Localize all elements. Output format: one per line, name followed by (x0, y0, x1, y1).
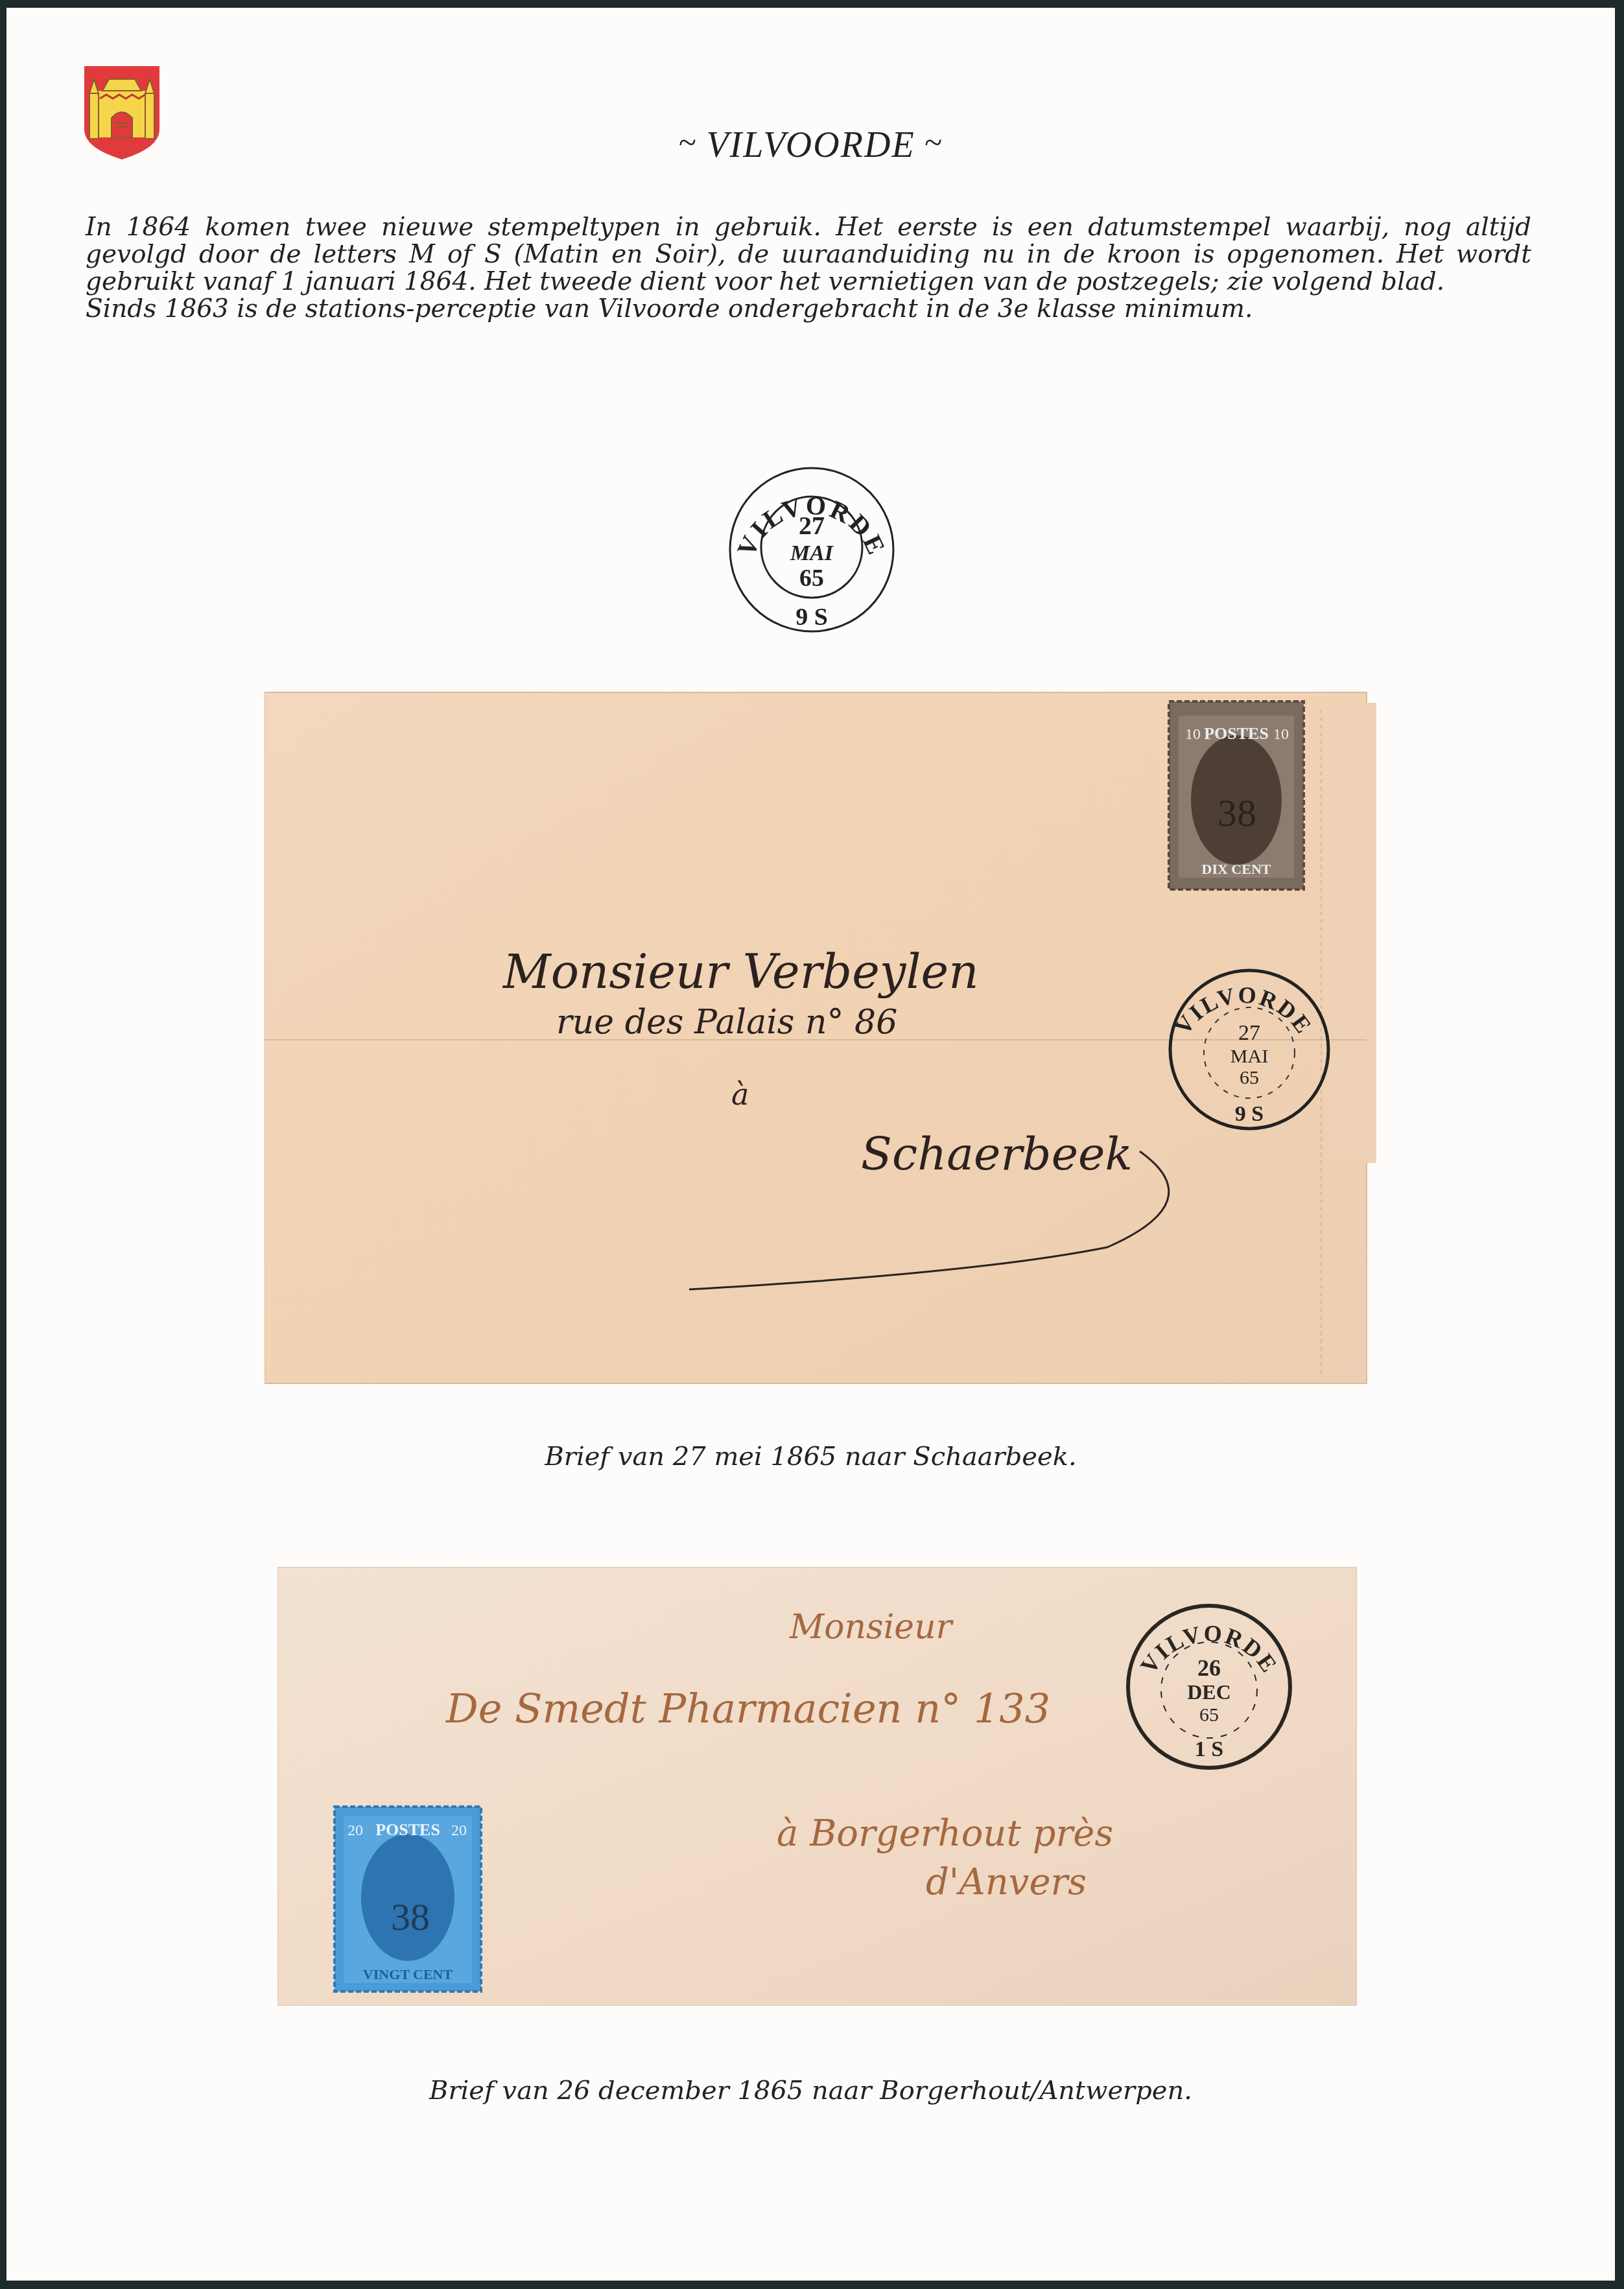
postmark-year: 65 (799, 565, 824, 592)
letter-schaerbeek: POSTES 10 10 DIX CENT 38 VILVORDE 27 MAI… (265, 690, 1376, 1385)
stamp-cancel: 38 (391, 1896, 430, 1938)
postmark-day: 27 (799, 511, 825, 540)
postmark-time: 9 S (795, 604, 828, 631)
album-page: ~VILVOORDE~ In 1864 komen twee nieuwe st… (6, 8, 1615, 2281)
stamp-top-text: POSTES (375, 1820, 440, 1839)
stamp-20-centimes: POSTES 20 20 VINGT CENT 38 (335, 1807, 481, 1991)
address-line: d'Anvers (926, 1861, 1087, 1903)
postmark-day: 27 (1238, 1021, 1260, 1045)
letter-caption: Brief van 26 december 1865 naar Borgerho… (6, 2076, 1615, 2106)
stamp-value: 10 (1273, 726, 1289, 743)
postmark-month: MAI (1230, 1046, 1268, 1067)
address-line: à Borgerhout près (777, 1813, 1113, 1855)
postmark-time: 1 S (1195, 1737, 1223, 1761)
postmark-day: 26 (1197, 1655, 1221, 1681)
address-line: rue des Palais n° 86 (556, 1003, 897, 1042)
intro-paragraph: Sinds 1863 is de stations-perceptie van … (86, 296, 1531, 323)
stamp-top-text: POSTES (1204, 724, 1269, 743)
stamp-value: 10 (1185, 726, 1201, 743)
intro-paragraph: In 1864 komen twee nieuwe stempeltypen i… (86, 214, 1531, 296)
letter-caption: Brief van 27 mei 1865 naar Schaarbeek. (6, 1442, 1615, 1472)
postmark-month: DEC (1187, 1680, 1231, 1704)
stamp-cancel: 38 (1218, 792, 1256, 834)
postmark-illustration: VILVORDE 27 MAI 65 9 S (727, 465, 896, 634)
page-title: ~VILVOORDE~ (6, 123, 1615, 166)
stamp-bottom-text: DIX CENT (1202, 861, 1271, 877)
title-text: VILVOORDE (706, 125, 915, 165)
title-ornament-right: ~ (915, 124, 952, 160)
title-ornament-left: ~ (669, 124, 706, 160)
address-line: Monsieur (789, 1608, 954, 1647)
postmark-year: 65 (1240, 1067, 1259, 1088)
postmark-month: MAI (790, 541, 834, 565)
address-line: Monsieur Verbeylen (502, 945, 979, 999)
postmark-time: 9 S (1235, 1102, 1264, 1126)
address-line: à (731, 1077, 749, 1112)
postmark-year: 65 (1199, 1704, 1219, 1726)
letter-borgerhout: VILVORDE 26 DEC 65 1 S Monsieur De Smedt… (277, 1567, 1357, 2006)
address-line: De Smedt Pharmacien n° 133 (445, 1685, 1050, 1732)
stamp-value: 20 (451, 1822, 467, 1839)
stamp-value: 20 (347, 1822, 363, 1839)
stamp-10-centimes: POSTES 10 10 DIX CENT 38 (1169, 701, 1304, 889)
stamp-bottom-text: VINGT CENT (363, 1966, 453, 1982)
intro-text: In 1864 komen twee nieuwe stempeltypen i… (86, 214, 1531, 323)
address-line: Schaerbeek (861, 1127, 1133, 1180)
